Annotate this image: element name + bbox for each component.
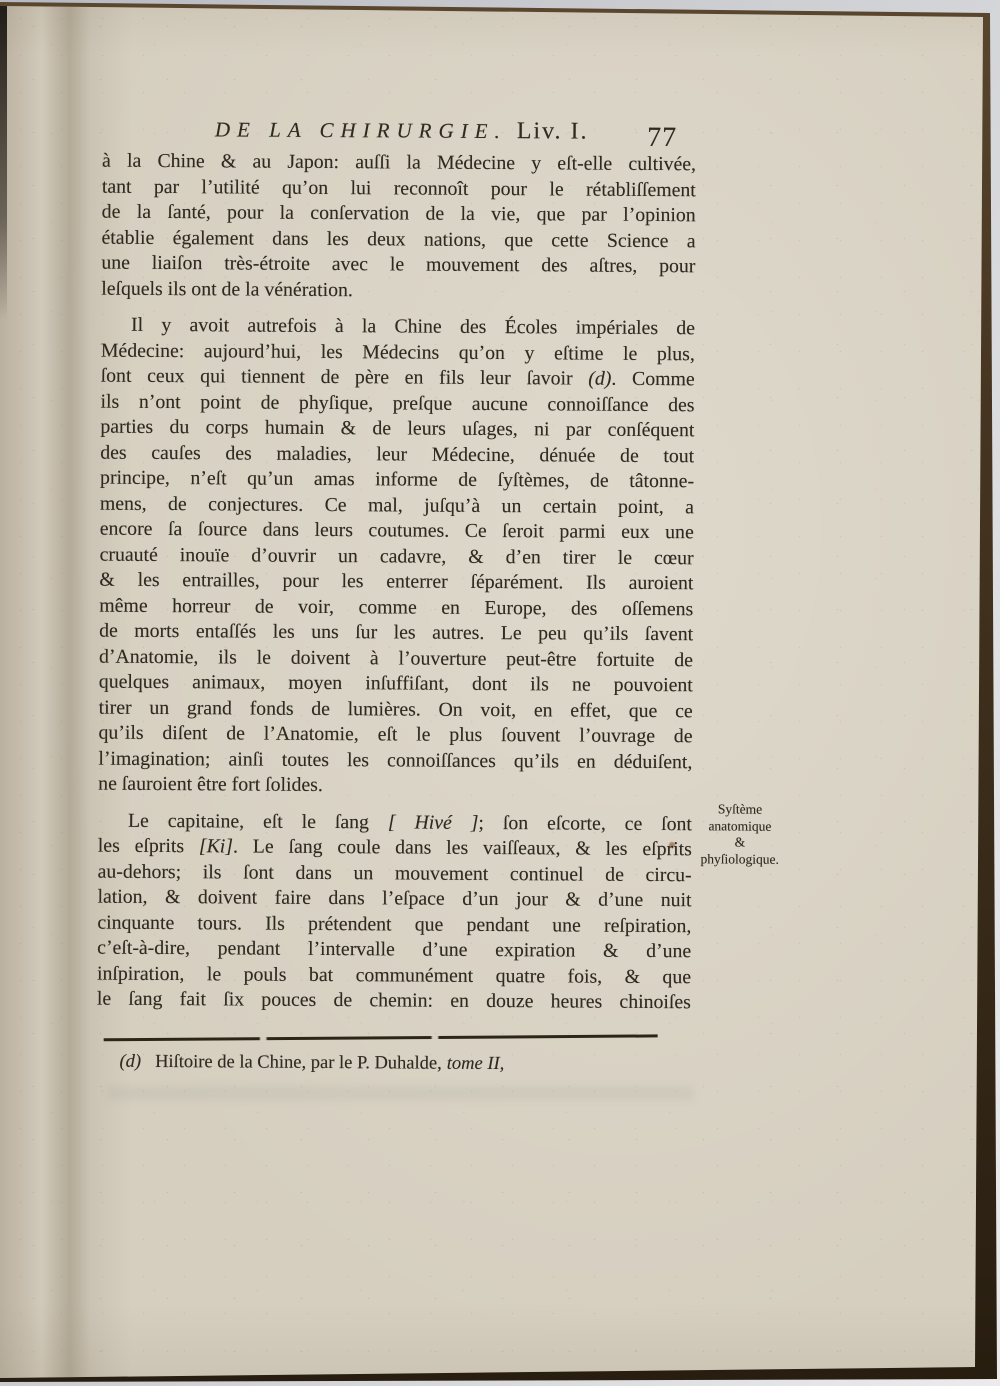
text-line: tirer un grand fonds de lumières. On voi… — [99, 695, 693, 724]
roman-text: qu’ils diſent de l’Anatomie, eſt le plus… — [98, 722, 692, 748]
roman-text: une liaiſon très-étroite avec le mouveme… — [101, 252, 695, 278]
roman-text: les eſprits — [98, 835, 199, 858]
text-line: de la ſanté, pour la conſervation de la … — [102, 200, 696, 229]
footnote: (d)Hiſtoire de la Chine, par le P. Duhal… — [119, 1049, 504, 1077]
roman-text: cinquante tours. Ils prétendent que pend… — [97, 911, 691, 937]
printed-content: DE LA CHIRURGIE. Liv. I. 77 à la Chine &… — [0, 0, 1000, 1386]
roman-text: ; ſon eſcorte, ce ſont — [478, 811, 692, 834]
margin-note: Syſtèmeanatomique&phyſiologique. — [692, 801, 788, 868]
roman-text: & les entrailles, pour les enterrer ſépa… — [99, 569, 693, 595]
paragraph: à la Chine & au Japon: auſſi la Médecine… — [101, 149, 696, 306]
margin-note-line: phyſiologique. — [692, 851, 788, 868]
roman-text: l’imagination; ainſi toutes les connoiſſ… — [98, 747, 692, 773]
text-line: cruauté inouïe d’ouvrir un cadavre, & d’… — [100, 542, 694, 571]
text-line: mens, de conjectures. Ce mal, juſqu’à un… — [100, 491, 694, 520]
text-line: ſont ceux qui tiennent de père en fils l… — [101, 364, 695, 393]
roman-text: inſpiration, le pouls bat communément qu… — [97, 962, 691, 988]
text-line: ils n’ont point de phyſique, preſque auc… — [100, 389, 694, 418]
roman-text: c’eſt-à-dire, pendant l’intervalle d’une… — [97, 937, 691, 963]
roman-text: ne ſauroient être fort ſolides. — [98, 773, 323, 796]
roman-text: . Le ſang coule dans les vaiſſeaux, & le… — [233, 835, 692, 860]
text-line: établie également dans les deux nations,… — [101, 225, 695, 254]
text-line: ne ſauroient être fort ſolides. — [98, 772, 692, 801]
footnote-marker: (d) — [119, 1052, 141, 1072]
text-line: d’Anatomie, ils le doivent à l’ouverture… — [99, 644, 693, 673]
text-line: de morts entaſſés les uns ſur les autres… — [99, 619, 693, 648]
text-line: même horreur de voir, comme en Europe, d… — [99, 593, 693, 622]
text-line: inſpiration, le pouls bat communément qu… — [97, 961, 691, 990]
roman-text: Médecine: aujourd’hui, les Médecins qu’o… — [101, 339, 695, 365]
text-line: tant par l’utilité qu’on lui reconnoît p… — [102, 174, 696, 203]
text-line: & les entrailles, pour les enterrer ſépa… — [99, 568, 693, 597]
footnote-volume: tome II, — [447, 1054, 505, 1074]
roman-text: des cauſes des maladies, leur Médecine, … — [100, 441, 694, 467]
roman-text: parties du corps humain & de leurs uſage… — [100, 416, 694, 442]
roman-text: au-dehors; ils ſont dans un mouvement co… — [98, 860, 692, 886]
text-line: à la Chine & au Japon: auſſi la Médecine… — [102, 149, 696, 178]
roman-text: principe, n’eſt qu’un amas informe de ſy… — [100, 467, 694, 493]
text-line: cinquante tours. Ils prétendent que pend… — [97, 910, 691, 939]
margin-note-line: & — [692, 834, 788, 851]
italic-text: (d) — [588, 368, 611, 390]
roman-text: le ſang fait ſix pouces de chemin: en do… — [97, 988, 691, 1014]
roman-text: Le capitaine, eſt le ſang — [128, 809, 388, 833]
text-line: des cauſes des maladies, leur Médecine, … — [100, 440, 694, 469]
roman-text: lation, & doivent faire dans l’eſpace d’… — [97, 886, 691, 912]
book-page: DE LA CHIRURGIE. Liv. I. 77 à la Chine &… — [0, 0, 1000, 1386]
text-line: Le capitaine, eſt le ſang [ Hivé ]; ſon … — [98, 808, 692, 837]
roman-text: tirer un grand fonds de lumières. On voi… — [99, 696, 693, 722]
margin-note-line: anatomique — [692, 818, 788, 835]
paragraph: Il y avoit autrefois à la Chine des Écol… — [98, 313, 695, 801]
roman-text: à la Chine & au Japon: auſſi la Médecine… — [102, 150, 696, 176]
roman-text: cruauté inouïe d’ouvrir un cadavre, & d’… — [100, 543, 694, 569]
text-line: encore ſa ſource dans leurs coutumes. Ce… — [100, 517, 694, 546]
footnote-text: Hiſtoire de la Chine, par le P. Duhalde, — [155, 1052, 442, 1074]
roman-text: . Comme — [611, 368, 694, 391]
text-line: parties du corps humain & de leurs uſage… — [100, 415, 694, 444]
italic-text: [ Hivé ] — [388, 811, 479, 834]
text-line: leſquels ils ont de la vénération. — [101, 276, 695, 305]
paragraph: Le capitaine, eſt le ſang [ Hivé ]; ſon … — [97, 808, 692, 1016]
footnote-rule — [104, 1034, 658, 1041]
text-line: l’imagination; ainſi toutes les connoiſſ… — [98, 746, 692, 775]
roman-text: d’Anatomie, ils le doivent à l’ouverture… — [99, 645, 693, 671]
text-line: une liaiſon très-étroite avec le mouveme… — [101, 251, 695, 280]
text-line: Il y avoit autrefois à la Chine des Écol… — [101, 313, 695, 342]
roman-text: établie également dans les deux nations,… — [101, 226, 695, 252]
roman-text: quelques animaux, moyen inſuffiſant, don… — [99, 671, 693, 697]
text-line: quelques animaux, moyen inſuffiſant, don… — [99, 670, 693, 699]
text-line: lation, & doivent faire dans l’eſpace d’… — [97, 885, 691, 914]
roman-text: de morts entaſſés les uns ſur les autres… — [99, 620, 693, 646]
text-line: le ſang fait ſix pouces de chemin: en do… — [97, 987, 691, 1016]
text-line: Médecine: aujourd’hui, les Médecins qu’o… — [101, 338, 695, 367]
roman-text: ſont ceux qui tiennent de père en fils l… — [101, 365, 589, 390]
book-part-label: Liv. I. — [517, 118, 589, 144]
roman-text: ils n’ont point de phyſique, preſque auc… — [100, 390, 694, 416]
text-line: principe, n’eſt qu’un amas informe de ſy… — [100, 466, 694, 495]
text-line: c’eſt-à-dire, pendant l’intervalle d’une… — [97, 936, 691, 965]
roman-text: mens, de conjectures. Ce mal, juſqu’à un… — [100, 492, 694, 518]
roman-text: Il y avoit autrefois à la Chine des Écol… — [131, 314, 695, 339]
page-number: 77 — [647, 122, 677, 154]
text-line: les eſprits [Ki]. Le ſang coule dans les… — [98, 834, 692, 863]
text-line: qu’ils diſent de l’Anatomie, eſt le plus… — [98, 721, 692, 750]
roman-text: leſquels ils ont de la vénération. — [101, 277, 353, 301]
running-title: DE LA CHIRURGIE. — [215, 117, 507, 143]
italic-text: [Ki] — [199, 835, 233, 857]
roman-text: tant par l’utilité qu’on lui reconnoît p… — [102, 175, 696, 201]
margin-note-line: Syſtème — [692, 801, 788, 818]
text-line: au-dehors; ils ſont dans un mouvement co… — [98, 859, 692, 888]
roman-text: même horreur de voir, comme en Europe, d… — [99, 594, 693, 620]
running-head: DE LA CHIRURGIE. Liv. I. — [114, 111, 689, 151]
roman-text: encore ſa ſource dans leurs coutumes. Ce… — [100, 518, 694, 544]
text-block: à la Chine & au Japon: auſſi la Médecine… — [97, 149, 696, 1016]
roman-text: de la ſanté, pour la conſervation de la … — [102, 201, 696, 227]
